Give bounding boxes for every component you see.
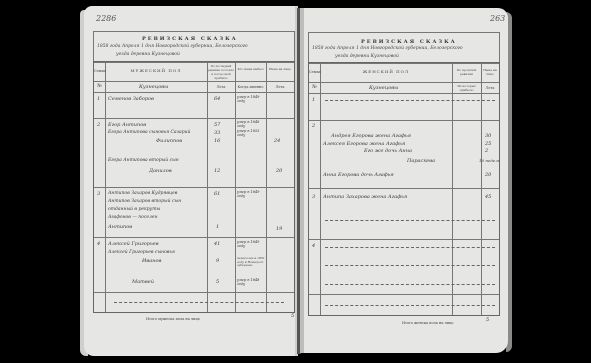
- subheader-age-now: Лета: [266, 85, 294, 89]
- person-present-age: 20: [485, 172, 491, 178]
- family-number: 2: [312, 123, 315, 129]
- person-departed: переселен в 1851 году в Новгород. губерн…: [237, 257, 265, 268]
- person-name: Алексей Григорьев сыновья: [108, 250, 175, 255]
- person-name: Его же дочь Анна: [364, 148, 412, 154]
- person-present-age: 24: [274, 138, 280, 144]
- person-name: Егора Антипова сыновья Сазарий: [108, 130, 190, 135]
- person-name: Анна Егорова дочь Агафья: [323, 172, 394, 178]
- person-departed: умер в 1849 году: [237, 190, 265, 198]
- col-header-female: ЖЕНСКИЙ ПОЛ: [320, 70, 452, 74]
- header-line-2: уезда деревни Кузнецовой: [335, 54, 399, 59]
- subheader-num: №: [94, 84, 105, 88]
- header-line-1: 1858 года Апреля 1 дня Новгородской губе…: [97, 44, 248, 49]
- col-header-departed: Кто имен выбыл: [235, 67, 266, 71]
- person-age: 41: [214, 241, 220, 247]
- left-page: 2286 РЕВИЗСКАЯ СКАЗКА 1858 года Апреля 1…: [84, 6, 298, 356]
- person-name: Семенов Заборов: [108, 96, 154, 102]
- person-name: Иванов: [142, 258, 161, 264]
- person-name: отданный в рекруты: [108, 207, 160, 212]
- person-present-age: 2: [485, 148, 488, 154]
- family-number: 3: [97, 191, 100, 197]
- person-present-age: 20: [276, 168, 282, 174]
- family-number: 3: [312, 194, 315, 200]
- footer-total: 5: [291, 313, 294, 319]
- header-line-1: 1858 года Апреля 1 дня Новгородской губе…: [312, 46, 463, 51]
- person-present-age: 10 недель: [479, 158, 500, 163]
- person-departed: умер в 1848 году: [237, 278, 265, 286]
- footer-total: 5: [486, 317, 489, 323]
- person-name: Данилов: [149, 168, 172, 174]
- person-age: 64: [214, 96, 220, 102]
- header-line-2: уезда деревни Кузнецовой: [116, 52, 180, 57]
- female-table: Семьи ЖЕНСКИЙ ПОЛ По прошлой ревизии Нын…: [308, 62, 500, 316]
- person-name: Егор Антипов: [108, 122, 146, 128]
- person-age: 5: [216, 279, 219, 285]
- person-present-age: 45: [485, 194, 491, 200]
- family-number: 4: [312, 243, 315, 249]
- subheader-age-now: Лета: [481, 86, 499, 90]
- person-name: Параскева: [407, 158, 435, 164]
- col-header-last-revision: По прошлой ревизии: [452, 68, 481, 76]
- col-header-present: Ныне на лицо: [266, 67, 294, 71]
- person-age: 1: [216, 224, 219, 230]
- subheader-arrived: Из которых прибыло: [452, 84, 481, 92]
- person-name: Алексея Егорова жена Агафья: [323, 141, 405, 147]
- person-age: 9: [216, 258, 219, 264]
- person-present-age: 30: [485, 133, 491, 139]
- person-present-age: 19: [276, 226, 282, 232]
- right-page: 263 РЕВИЗСКАЯ СКАЗКА 1858 года Апреля 1 …: [300, 8, 508, 353]
- footer-label: Итого женска пола на лицо: [402, 321, 453, 325]
- person-age: 16: [214, 138, 220, 144]
- person-present-age: 25: [485, 141, 491, 147]
- footer-label: Итого мужеска пола на лицо: [146, 317, 200, 321]
- page-title: РЕВИЗСКАЯ СКАЗКА: [142, 36, 238, 42]
- col-header-last-revision: По последней ревизии состояло и после он…: [207, 64, 235, 80]
- col-header-present: Ныне на лицо: [481, 68, 499, 76]
- family-number: 4: [97, 241, 100, 247]
- person-name: Андрея Егорова жена Агафья: [331, 133, 411, 139]
- page-number: 2286: [96, 14, 116, 23]
- person-departed: умер в 1849 году: [237, 95, 265, 103]
- person-name: Агафонов — поселен: [108, 215, 158, 220]
- col-header-male: МУЖЕСКИЙ ПОЛ: [105, 69, 207, 73]
- person-name: Алексей Григорьев: [108, 241, 159, 247]
- header-box: РЕВИЗСКАЯ СКАЗКА 1858 года Апреля 1 дня …: [93, 31, 295, 63]
- header-box: РЕВИЗСКАЯ СКАЗКА 1858 года Апреля 1 дня …: [308, 32, 500, 64]
- subheader-surname: Кузнецовы: [139, 84, 168, 90]
- subheader-surname: Кузнецовы: [369, 85, 398, 91]
- subheader-when: Когда именно: [235, 85, 266, 89]
- person-age: 12: [214, 168, 220, 174]
- col-header-family: Семьи: [309, 70, 320, 74]
- person-name: Антипа Захарова жена Агафья: [323, 194, 407, 200]
- page-title: РЕВИЗСКАЯ СКАЗКА: [361, 39, 457, 45]
- person-age: 61: [214, 191, 220, 197]
- subheader-num: №: [309, 85, 320, 89]
- col-header-family: Семьи: [94, 69, 105, 73]
- person-age: 33: [214, 130, 220, 136]
- person-name: Антипов Захаров вторый сын: [108, 199, 181, 204]
- person-departed: умер в 1849 году: [237, 240, 265, 248]
- person-name: Матвей: [132, 279, 154, 285]
- person-name: Антипов Захаров Кудрявцев: [108, 191, 177, 196]
- family-number: 2: [97, 122, 100, 128]
- family-number: 1: [312, 97, 315, 103]
- person-departed: умер в 1853 году: [237, 129, 265, 137]
- person-name: Егора Антипова вторый сын: [108, 158, 179, 163]
- family-number: 1: [97, 96, 100, 102]
- page-number: 263: [490, 14, 505, 23]
- person-departed: умер в 1848 году: [237, 120, 265, 128]
- person-age: 57: [214, 122, 220, 128]
- male-table: Семьи МУЖЕСКИЙ ПОЛ По последней ревизии …: [93, 61, 295, 313]
- person-name: Антипов: [108, 224, 132, 230]
- person-name: Филиппов: [156, 138, 182, 144]
- subheader-age: Лета: [207, 85, 235, 89]
